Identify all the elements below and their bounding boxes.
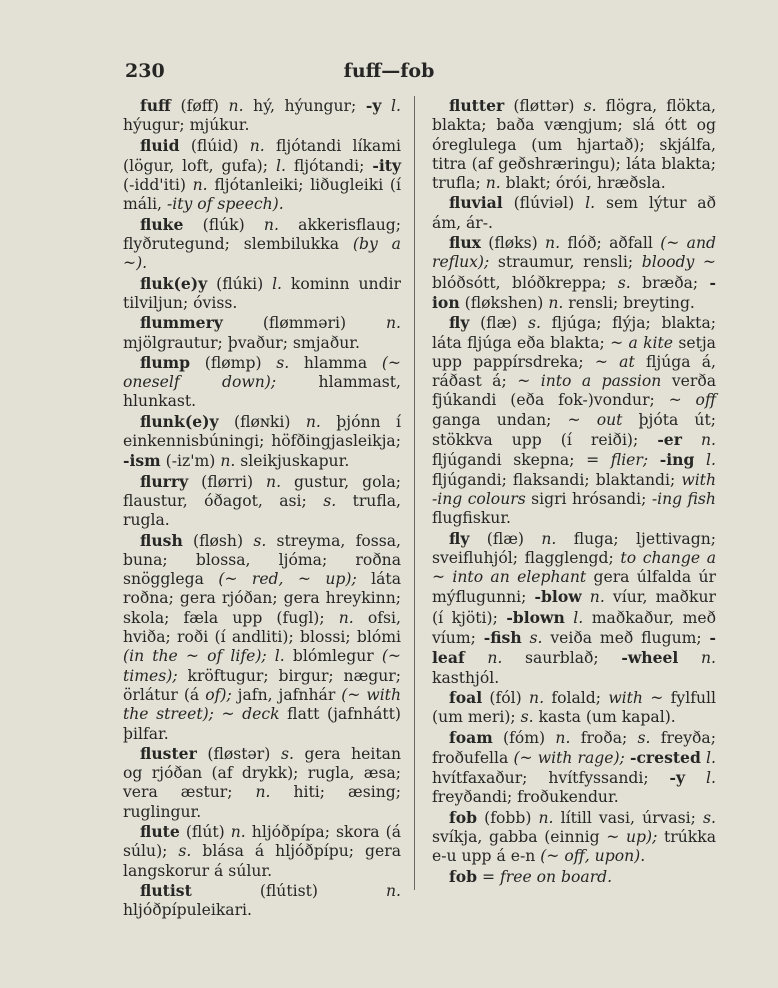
headword: -fish: [484, 628, 522, 647]
italic-text: n.: [256, 783, 271, 801]
headword: flutist: [140, 881, 192, 900]
definition-text: fljúgandi; flaksandi; blaktandi;: [432, 471, 681, 489]
definition-text: (flúviəl): [503, 194, 585, 212]
headword: foam: [449, 728, 493, 747]
dictionary-entry: foal (fól) n. folald; with ~ fylfull (um…: [432, 688, 716, 728]
italic-text: n.: [386, 314, 401, 332]
dictionary-entry: fluk(e)y (flúki) l. kominn undir tilvilj…: [123, 274, 401, 314]
italic-text: flier;: [611, 451, 648, 469]
headword: fluster: [140, 744, 197, 763]
dictionary-entry: flux (fløks) n. flóð; aðfall (~ and refl…: [432, 233, 716, 313]
definition-text: (flúid): [180, 137, 250, 155]
definition-text: lítill vasi, úrvasi;: [554, 809, 704, 827]
definition-text: hljóðpípuleikari.: [123, 901, 252, 919]
definition-text: (fobb): [477, 809, 539, 827]
dictionary-entry: fuff (føff) n. hý, hýungur; -y l. hýugur…: [123, 96, 401, 136]
definition-text: hlamma: [289, 354, 382, 372]
headword: fluid: [140, 136, 180, 155]
headword: fluk(e)y: [140, 274, 207, 293]
italic-text: s.: [281, 745, 294, 763]
definition-text: [678, 649, 701, 667]
italic-text: ~ off: [669, 391, 716, 409]
definition-text: (fløstər): [197, 745, 281, 763]
headword: flux: [449, 233, 481, 252]
definition-text: hvítfaxaður; hvítfyssandi;: [432, 769, 670, 787]
italic-text: n.: [539, 809, 554, 827]
italic-text: n.: [193, 176, 208, 194]
dictionary-entry: flump (flømp) s. hlamma (~ oneself down)…: [123, 353, 401, 412]
dictionary-entry: fob (fobb) n. lítill vasi, úrvasi; s. sv…: [432, 808, 716, 867]
dictionary-entry: fluke (flúk) n. akkerisflaug; flyðrutegu…: [123, 215, 401, 274]
dictionary-entry: flute (flút) n. hljóðpípa; skora (á súlu…: [123, 822, 401, 881]
definition-text: jafn, jafnhár: [232, 686, 342, 704]
italic-text: n.: [486, 174, 501, 192]
italic-text: (in the ~ of life);: [123, 647, 267, 665]
italic-text: l.: [276, 157, 286, 175]
italic-text: n.: [386, 882, 401, 900]
definition-text: hý, hýungur;: [244, 97, 366, 115]
definition-text: folald;: [544, 689, 608, 707]
italic-text: s.: [618, 274, 631, 292]
italic-text: n.: [306, 413, 321, 431]
definition-text: (fløkshen): [460, 294, 549, 312]
definition-text: freyðandi; froðukendur.: [432, 788, 619, 806]
italic-text: n.: [545, 234, 560, 252]
italic-text: free on board.: [500, 868, 612, 886]
definition-text: (føff): [171, 97, 229, 115]
italic-text: l.: [585, 194, 595, 212]
italic-text: l.: [272, 275, 282, 293]
italic-text: s.: [521, 708, 534, 726]
definition-text: [582, 588, 590, 606]
definition-text: sleikjuskapur.: [235, 452, 349, 470]
italic-text: n.: [487, 649, 502, 667]
dictionary-entry: flurry (flørri) n. gustur, gola; flaustu…: [123, 472, 401, 531]
definition-text: (fóm): [493, 729, 556, 747]
italic-text: -ity of speech).: [167, 195, 284, 213]
italic-text: ~ up);: [606, 828, 657, 846]
italic-text: of);: [205, 686, 232, 704]
definition-text: mjölgrautur; þvaður; smjaður.: [123, 334, 360, 352]
italic-text: s.: [323, 492, 336, 510]
dictionary-entry: flutter (fløttər) s. flögra, flökta, bla…: [432, 96, 716, 193]
definition-text: froða;: [570, 729, 637, 747]
definition-text: =: [477, 868, 500, 886]
italic-text: l.: [391, 97, 401, 115]
definition-text: bræða;: [631, 274, 710, 292]
right-column: flutter (fløttər) s. flögra, flökta, bla…: [432, 96, 716, 887]
dictionary-entry: fluvial (flúviəl) l. sem lýtur að ám, ár…: [432, 193, 716, 233]
headword: foal: [449, 688, 482, 707]
italic-text: (~ off, upon).: [540, 847, 645, 865]
headword: fluke: [140, 215, 183, 234]
headword: -ism: [123, 451, 161, 470]
headword: flute: [140, 822, 180, 841]
definition-text: [685, 769, 706, 787]
italic-text: with ~: [608, 689, 663, 707]
italic-text: ~ out: [568, 411, 623, 429]
headword: -crested: [630, 748, 701, 767]
headword: fluvial: [449, 193, 503, 212]
definition-text: rensli; breyting.: [563, 294, 695, 312]
italic-text: n.: [529, 689, 544, 707]
italic-text: ~ a kite: [610, 334, 673, 352]
italic-text: n.: [220, 452, 235, 470]
italic-text: s.: [178, 842, 191, 860]
italic-text: s.: [528, 314, 541, 332]
headword: -y: [670, 768, 686, 787]
italic-text: s.: [584, 97, 597, 115]
italic-text: bloody ~: [642, 253, 716, 271]
definition-text: (flømməri): [223, 314, 386, 332]
definition-text: (flúk): [183, 216, 264, 234]
definition-text: [522, 629, 530, 647]
definition-text: saurblað;: [502, 649, 621, 667]
headword: fly: [449, 313, 469, 332]
definition-text: (fól): [482, 689, 529, 707]
dictionary-entry: foam (fóm) n. froða; s. freyða; froðufel…: [432, 728, 716, 808]
running-head: fuff—fob: [0, 60, 778, 82]
dictionary-entry: flunk(e)y (fløɴki) n. þjónn í einkennisb…: [123, 412, 401, 472]
definition-text: blóðsótt, blóðkreppa;: [432, 274, 618, 292]
headword: -ing: [660, 450, 695, 469]
definition-text: (flømp): [190, 354, 276, 372]
headword: -y: [366, 96, 382, 115]
headword: fob: [449, 808, 477, 827]
definition-text: veiða með flugum;: [543, 629, 710, 647]
definition-text: (fløsh): [183, 532, 254, 550]
italic-text: ~ at: [595, 353, 635, 371]
definition-text: (flút): [180, 823, 231, 841]
italic-text: (~ with rage);: [513, 749, 624, 767]
italic-text: n.: [541, 530, 556, 548]
definition-text: (-iz'm): [161, 452, 221, 470]
headword: -ity: [372, 156, 401, 175]
italic-text: n.: [548, 294, 563, 312]
headword: -er: [657, 430, 682, 449]
definition-text: sigri hrósandi;: [526, 490, 652, 508]
italic-text: n.: [555, 729, 570, 747]
headword: flutter: [449, 96, 504, 115]
dictionary-entry: fluid (flúid) n. fljótandi líkami (lögur…: [123, 136, 401, 215]
definition-text: (flæ): [469, 314, 528, 332]
definition-text: ganga undan;: [432, 411, 568, 429]
italic-text: s.: [253, 532, 266, 550]
left-column: fuff (føff) n. hý, hýungur; -y l. hýugur…: [123, 96, 401, 920]
definition-text: kasta (um kapal).: [534, 708, 676, 726]
definition-text: flugfiskur.: [432, 509, 511, 527]
italic-text: n.: [231, 823, 246, 841]
italic-text: l.: [573, 609, 583, 627]
italic-text: s.: [276, 354, 289, 372]
italic-text: (~ red, ~ up);: [218, 570, 356, 588]
dictionary-entry: fly (flæ) s. fljúga; flýja; blakta; láta…: [432, 313, 716, 528]
definition-text: straumur, rensli;: [489, 253, 641, 271]
headword: -wheel: [621, 648, 678, 667]
italic-text: n.: [266, 473, 281, 491]
column-divider: [414, 96, 415, 890]
italic-text: s.: [530, 629, 543, 647]
headword: fob: [449, 867, 477, 886]
definition-text: [381, 97, 391, 115]
headword: fuff: [140, 96, 171, 115]
italic-text: n.: [229, 97, 244, 115]
definition-text: (-idd'iti): [123, 176, 193, 194]
definition-text: [648, 451, 660, 469]
dictionary-entry: flummery (flømməri) n. mjölgrautur; þvað…: [123, 313, 401, 353]
definition-text: [267, 647, 275, 665]
italic-text: n.: [701, 649, 716, 667]
headword: -blow: [535, 587, 582, 606]
headword: flunk(e)y: [140, 412, 219, 431]
definition-text: (fløttər): [504, 97, 583, 115]
italic-text: -ing fish: [652, 490, 716, 508]
italic-text: s.: [703, 809, 716, 827]
definition-text: svíkja, gabba (einnig: [432, 828, 606, 846]
definition-text: flóð; aðfall: [560, 234, 660, 252]
definition-text: (fløks): [481, 234, 545, 252]
definition-text: (fløɴki): [219, 413, 306, 431]
italic-text: l.: [706, 749, 716, 767]
headword: -blown: [506, 608, 564, 627]
italic-text: n.: [264, 216, 279, 234]
dictionary-entry: flutist (flútist) n. hljóðpípuleikari.: [123, 881, 401, 921]
definition-text: (flútist): [192, 882, 386, 900]
headword: flummery: [140, 313, 223, 332]
definition-text: (flúki): [207, 275, 272, 293]
definition-text: [682, 431, 701, 449]
italic-text: l.: [706, 451, 716, 469]
definition-text: fljúgandi skepna; =: [432, 451, 611, 469]
definition-text: blómlegur: [285, 647, 382, 665]
dictionary-entry: flush (fløsh) s. streyma, fossa, buna; b…: [123, 531, 401, 744]
definition-text: [465, 649, 488, 667]
italic-text: n.: [250, 137, 265, 155]
definition-text: kasthjól.: [432, 669, 499, 687]
headword: flurry: [140, 472, 188, 491]
dictionary-entry: fluster (fløstər) s. gera heitan og rjóð…: [123, 744, 401, 822]
definition-text: [694, 451, 706, 469]
headword: fly: [449, 529, 469, 548]
dictionary-entry: fly (flæ) n. fluga; ljettivagn; sveifluh…: [432, 529, 716, 688]
headword: flush: [140, 531, 183, 550]
definition-text: blakt; órói, hræðsla.: [501, 174, 666, 192]
headword: flump: [140, 353, 190, 372]
italic-text: n.: [339, 609, 354, 627]
italic-text: ~ into a passion: [517, 372, 661, 390]
dictionary-entry: fob = free on board.: [432, 867, 716, 887]
italic-text: l.: [275, 647, 285, 665]
definition-text: (flæ): [469, 530, 541, 548]
italic-text: s.: [638, 729, 651, 747]
definition-text: (flørri): [188, 473, 266, 491]
definition-text: hýugur; mjúkur.: [123, 116, 249, 134]
italic-text: n.: [701, 431, 716, 449]
italic-text: l.: [706, 769, 716, 787]
italic-text: n.: [590, 588, 605, 606]
definition-text: fljótandi;: [286, 157, 372, 175]
